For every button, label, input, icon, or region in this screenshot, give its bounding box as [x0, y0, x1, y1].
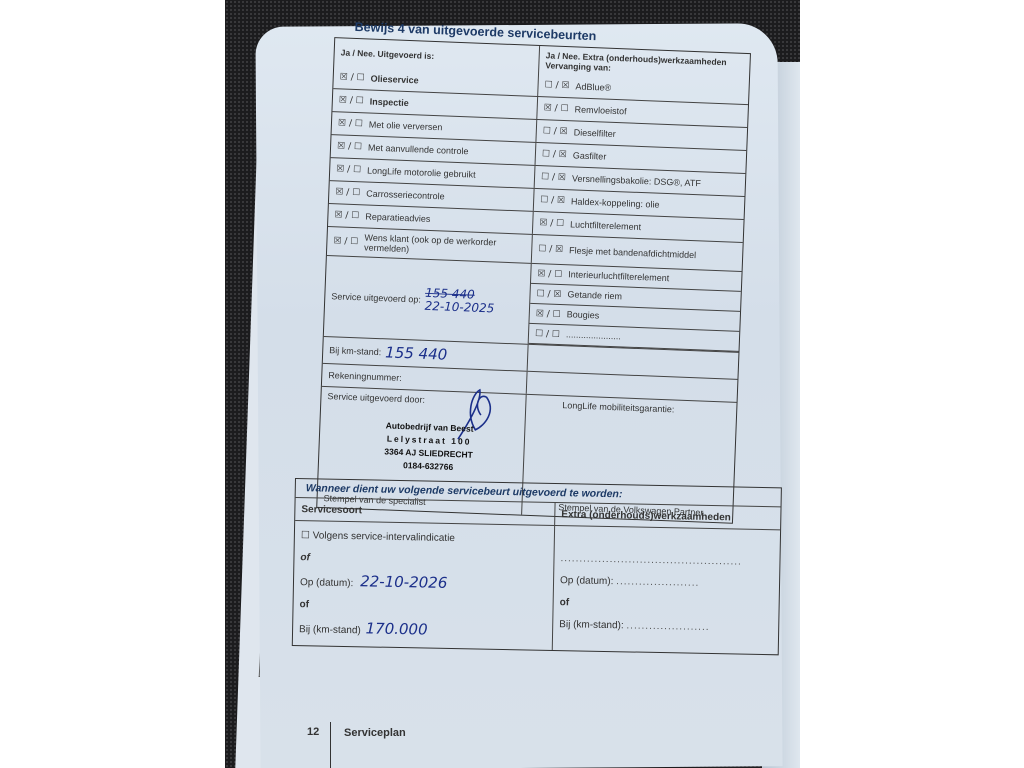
checkbox-pair[interactable]: ☒ / ☐: [537, 269, 562, 280]
replacement-label: Bougies: [567, 309, 600, 320]
checkbox-pair[interactable]: ☐ / ☒: [541, 172, 566, 183]
checkbox-pair[interactable]: ☒ / ☐: [335, 187, 360, 198]
or-label: of: [300, 547, 310, 569]
replacement-label: Dieselfilter: [574, 127, 616, 139]
checkbox-pair[interactable]: ☐ / ☒: [543, 126, 568, 137]
checklist-label: Carrosseriecontrole: [366, 188, 445, 201]
checklist-label: LongLife motorolie gebruikt: [367, 165, 476, 179]
replacement-label: Gasfilter: [573, 150, 607, 161]
footer-divider: [330, 722, 331, 768]
page-number: 12: [307, 726, 319, 738]
next-km-value: 170.000: [365, 619, 427, 638]
checkbox-pair[interactable]: ☐ / ☒: [544, 80, 569, 91]
service-proof-section: Bewijs 4 van uitgevoerde servicebeurten …: [286, 18, 779, 525]
replacement-label: Flesje met bandenafdichtmiddel: [569, 245, 696, 260]
checkbox-pair[interactable]: ☒ / ☐: [333, 236, 358, 247]
dealer-stamp: Autobedrijf van Beest Lelystraat 100 336…: [384, 419, 474, 474]
checklist-label: Olieservice: [370, 74, 418, 86]
replacement-label: AdBlue®: [575, 81, 611, 92]
replacement-label: Luchtfilterelement: [570, 219, 641, 232]
checklist-label: Inspectie: [370, 97, 409, 108]
checkbox-pair[interactable]: ☒ / ☐: [334, 210, 359, 221]
replacement-label: Remvloeistof: [574, 104, 626, 116]
checkbox-pair[interactable]: ☐ / ☒: [536, 289, 561, 300]
checkbox-pair[interactable]: ☐ / ☒: [542, 149, 567, 160]
replacement-label: Haldex-koppeling: olie: [571, 196, 660, 209]
right-km-label: Bij (km-stand):: [559, 619, 624, 631]
checkbox-pair[interactable]: ☒ / ☐: [339, 95, 364, 106]
checklist-label: Reparatieadvies: [365, 211, 430, 223]
performed-by-label: Service uitgevoerd door:: [327, 391, 425, 405]
checkbox-pair[interactable]: ☒ / ☐: [536, 309, 561, 320]
service-date-label: Service uitgevoerd op:: [331, 291, 421, 304]
checklist-label: Met aanvullende controle: [368, 143, 469, 157]
next-date-label: Op (datum):: [300, 577, 354, 589]
or-label: of: [299, 594, 309, 616]
replacement-label: ......................: [566, 329, 621, 341]
checklist-label: Met olie verversen: [369, 120, 443, 133]
background-left: [0, 0, 230, 768]
extra-work-header: Extra (onderhouds)werkzaamheden: [555, 503, 780, 529]
checklist-label: Wens klant (ook op de werkorder vermelde…: [364, 232, 526, 258]
checkbox-pair[interactable]: ☐ / ☐: [535, 329, 560, 340]
replacement-label: Interieurluchtfilterelement: [568, 269, 669, 283]
next-service-section: Wanneer dient uw volgende servicebeurt u…: [292, 478, 782, 655]
interval-option: ☐ Volgens service-intervalindicatie: [301, 525, 455, 550]
longlife-label: LongLife mobiliteitsgarantie:: [562, 400, 674, 414]
next-km-label: Bij (km-stand): [299, 624, 361, 636]
km-label: Bij km-stand:: [329, 345, 381, 357]
right-date-label: Op (datum):: [560, 575, 614, 587]
service-table: Ja / Nee. Uitgevoerd is: Ja / Nee. Extra…: [316, 37, 751, 524]
right-or-label: of: [559, 592, 569, 614]
footer-section: Serviceplan: [344, 727, 406, 739]
replacement-label: Getande riem: [567, 289, 622, 301]
checkbox-pair[interactable]: ☐ / ☒: [540, 195, 565, 206]
service-date-value: 22-10-2025: [424, 300, 494, 316]
checkbox-pair[interactable]: ☒ / ☐: [539, 218, 564, 229]
next-date-value: 22-10-2026: [360, 572, 448, 592]
service-date-row: Service uitgevoerd op: 155 440 22-10-202…: [324, 255, 742, 352]
background-right: [800, 0, 1024, 768]
checkbox-pair[interactable]: ☒ / ☐: [337, 141, 362, 152]
checkbox-pair[interactable]: ☐ / ☒: [538, 244, 563, 255]
checkbox-pair[interactable]: ☒ / ☐: [336, 164, 361, 175]
checkbox-pair[interactable]: ☒ / ☐: [338, 118, 363, 129]
replacement-label: Versnellingsbakolie: DSG®, ATF: [572, 173, 701, 188]
km-value: 155 440: [385, 343, 448, 363]
checkbox-pair[interactable]: ☒ / ☐: [544, 103, 569, 114]
checkbox-pair[interactable]: ☒ / ☐: [340, 72, 365, 83]
